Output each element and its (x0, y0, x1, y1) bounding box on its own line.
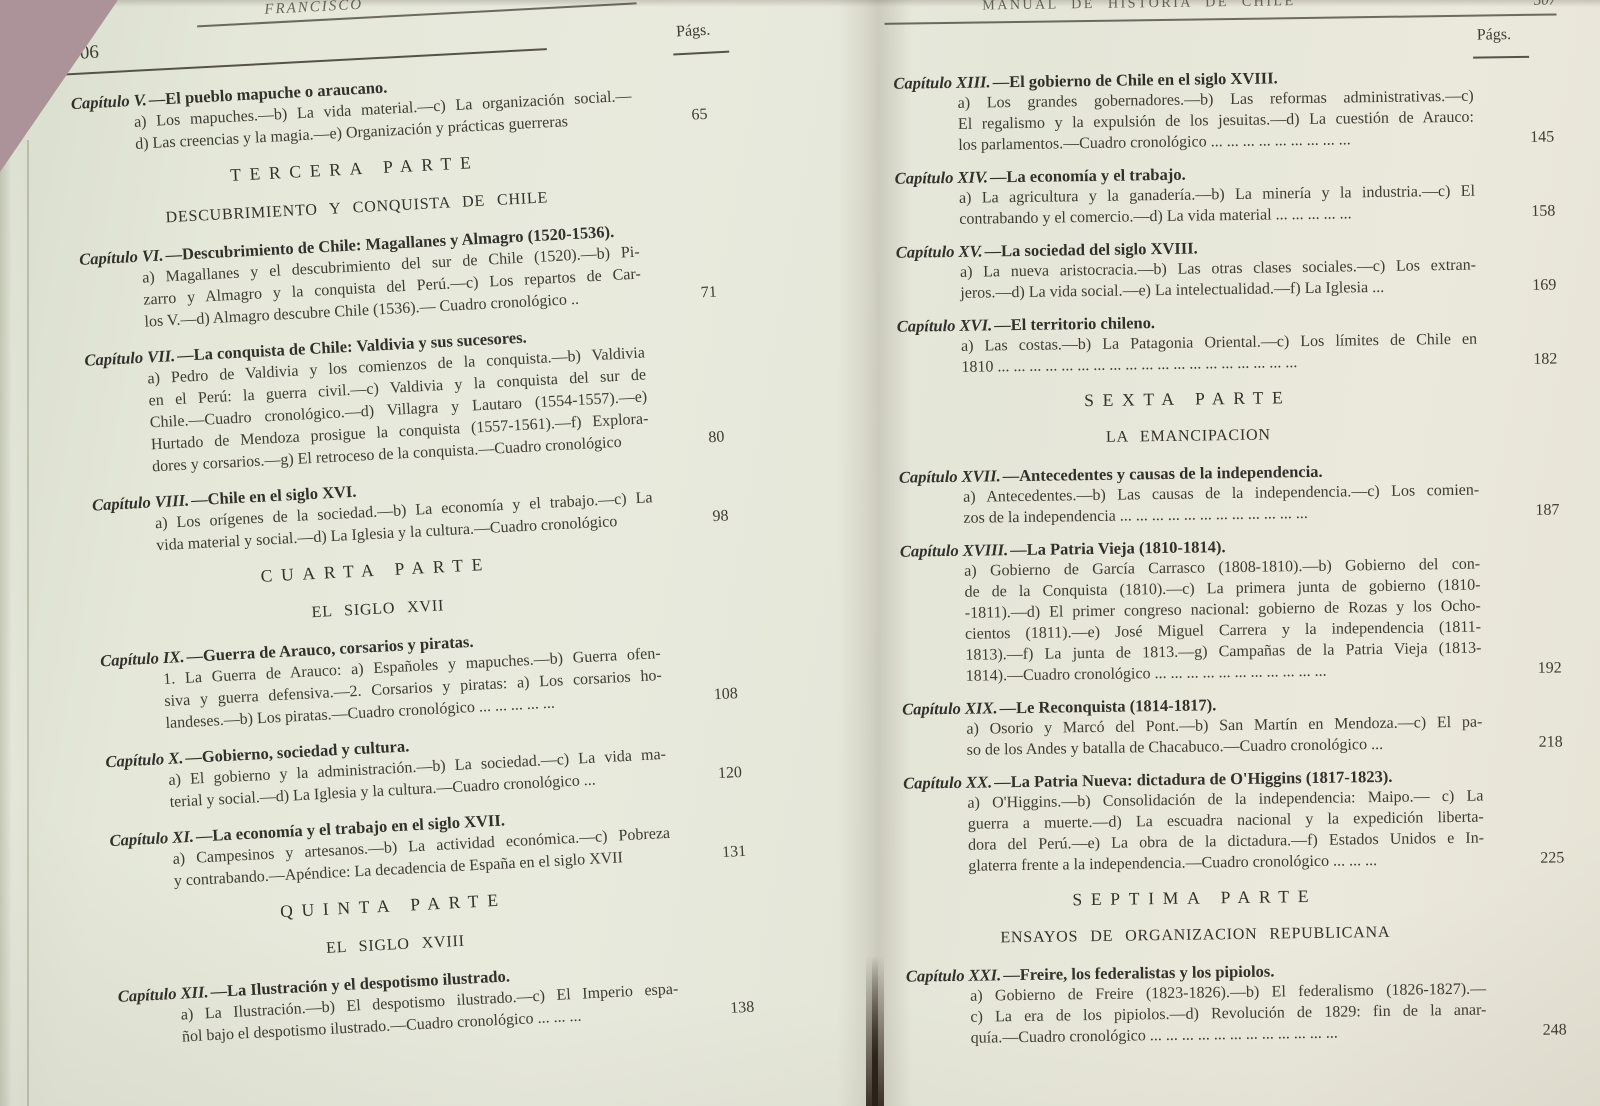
entry-text: Capítulo XVI.—El territorio chileno.a) L… (897, 308, 1478, 379)
part-heading: SEPTIMA PARTEENSAYOS DE ORGANIZACION REP… (905, 884, 1486, 950)
chapter-label: Capítulo XXI. (906, 965, 1004, 985)
page-left-crease (27, 140, 29, 1106)
page-number: 218 (1483, 731, 1563, 753)
folio-left: 506 (70, 42, 100, 65)
entry-text: Capítulo XV.—La sociedad del siglo XVIII… (896, 234, 1477, 305)
chapter-title: —El gobierno de Chile en el siglo XVIII. (992, 68, 1277, 91)
entry-text: Capítulo X.—Gobierno, sociedad y cultura… (105, 722, 668, 817)
left-page: FRANCISCO 506 Págs. Capítulo V.—El puebl… (27, 0, 793, 1106)
part-subtitle: LA EMANCIPACION (898, 423, 1478, 451)
entry-text: Capítulo XI.—La economía y el trabajo en… (109, 801, 672, 896)
running-head-rule-left (197, 2, 637, 27)
toc-list-left: Capítulo V.—El pueblo mapuche o araucano… (70, 60, 755, 1065)
page-number: 98 (653, 505, 729, 531)
pags-rule-left (673, 51, 729, 55)
part-name: SEPTIMA PARTE (905, 884, 1485, 912)
page-number: 120 (666, 762, 742, 788)
chapter-title: —Le Reconquista (1814-1817). (999, 695, 1216, 717)
toc-list-right: Capítulo XIII.—El gobierno de Chile en e… (893, 64, 1567, 1061)
part-heading: CUARTA PARTEEL SIGLO XVII (96, 545, 658, 634)
page-number: 248 (1487, 1019, 1567, 1041)
toc-entry: Capítulo XIV.—La economía y el trabajo.a… (895, 159, 1556, 231)
toc-entry: Capítulo XVIII.—La Patria Vieja (1810-18… (900, 531, 1562, 687)
entry-text: Capítulo XXI.—Freire, los federalistas y… (906, 958, 1487, 1050)
chapter-label: Capítulo XX. (903, 772, 994, 792)
toc-entry: Capítulo XXI.—Freire, los federalistas y… (906, 956, 1567, 1049)
part-heading: SEXTA PARTELA EMANCIPACION (898, 385, 1479, 451)
toc-entry: Capítulo XVII.—Antecedentes y causas de … (899, 457, 1560, 529)
page-gutter-shadow (838, 0, 912, 1106)
entry-text: Capítulo XIII.—El gobierno de Chile en e… (893, 65, 1474, 157)
chapter-label: Capítulo XVII. (899, 466, 1003, 486)
chapter-title: —El territorio chileno. (994, 313, 1155, 334)
entry-text: Capítulo XX.—La Patria Nueva: dictadura … (903, 765, 1484, 878)
folio-right: 507 (1534, 0, 1557, 10)
toc-entry: Capítulo XV.—La sociedad del siglo XVIII… (896, 233, 1557, 305)
toc-entry: Capítulo XX.—La Patria Nueva: dictadura … (903, 763, 1564, 877)
entry-text: Capítulo V.—El pueblo mapuche o araucano… (70, 64, 633, 159)
entry-text: Capítulo VII.—La conquista de Chile: Val… (84, 320, 650, 481)
chapter-title: —La Patria Vieja (1810-1814). (1010, 537, 1226, 559)
book-photo: FRANCISCO 506 Págs. Capítulo V.—El puebl… (0, 0, 1600, 1106)
part-heading: TERCERA PARTEDESCUBRIMIENTO Y CONQUISTA … (75, 144, 637, 233)
chapter-title: —La sociedad del siglo XVIII. (984, 239, 1197, 261)
chapter-label: Capítulo VIII. (92, 490, 192, 514)
page-number: 182 (1477, 348, 1557, 370)
entry-text: Capítulo IX.—Guerra de Arauco, corsarios… (100, 621, 664, 738)
chapter-title: —La economía y el trabajo. (990, 165, 1186, 187)
running-head-right: MANUAL DE HISTORIA DE CHILE (982, 0, 1295, 14)
entry-text: Capítulo XIX.—Le Reconquista (1814-1817)… (902, 691, 1483, 762)
toc-entry: Capítulo XIX.—Le Reconquista (1814-1817)… (902, 689, 1563, 761)
toc-entry: Capítulo XVI.—El territorio chileno.a) L… (897, 306, 1558, 378)
entry-text: Capítulo XII.—La Ilustración y el despot… (117, 957, 680, 1052)
page-number: 108 (662, 683, 738, 709)
page-number: 80 (649, 426, 725, 452)
pags-label-left: Págs. (676, 22, 711, 42)
toc-entry: Capítulo IX.—Guerra de Arauco, corsarios… (100, 617, 739, 738)
gutter-crease (866, 956, 884, 1106)
part-name: SEXTA PARTE (898, 385, 1478, 413)
pags-rule-right (1473, 56, 1529, 58)
chapter-label: Capítulo XII. (117, 982, 211, 1006)
toc-entry: Capítulo VII.—La conquista de Chile: Val… (84, 317, 725, 482)
entry-text: Capítulo VIII.—Chile en el siglo XVI.a) … (92, 465, 655, 560)
chapter-label: Capítulo XI. (109, 827, 196, 850)
page-number: 187 (1479, 499, 1559, 521)
page-number: 71 (641, 282, 717, 308)
running-head-left: FRANCISCO (264, 0, 364, 19)
chapter-label: Capítulo VI. (79, 245, 166, 268)
toc-entry: Capítulo XIII.—El gobierno de Chile en e… (893, 64, 1554, 157)
running-head-rule-right (885, 13, 1557, 24)
entry-text: Capítulo VI.—Descubrimiento de Chile: Ma… (79, 220, 643, 337)
right-page: MANUAL DE HISTORIA DE CHILE 507 Págs. Ca… (872, 5, 1599, 1101)
page-number: 131 (671, 841, 747, 867)
chapter-label: Capítulo V. (71, 90, 150, 113)
part-heading: QUINTA PARTEEL SIGLO XVIII (113, 881, 675, 970)
page-number: 192 (1481, 657, 1561, 679)
chapter-title: —Freire, los federalistas y los pipiolos… (1003, 962, 1274, 985)
page-number: 169 (1476, 275, 1556, 297)
chapter-label: Capítulo XVIII. (900, 540, 1010, 561)
page-number: 158 (1475, 201, 1555, 223)
entry-text: Capítulo XIV.—La economía y el trabajo.a… (895, 160, 1476, 231)
chapter-label: Capítulo X. (105, 748, 186, 771)
book-pages: FRANCISCO 506 Págs. Capítulo V.—El puebl… (0, 0, 1600, 1106)
page-number: 145 (1474, 127, 1554, 149)
toc-entry: Capítulo VI.—Descubrimiento de Chile: Ma… (79, 216, 718, 337)
page-number: 138 (679, 997, 755, 1023)
chapter-label: Capítulo VII. (84, 346, 178, 370)
pags-label-right: Págs. (1477, 26, 1511, 44)
entry-text: Capítulo XVII.—Antecedentes y causas de … (899, 459, 1480, 530)
page-left-edge (0, 150, 30, 1106)
toc-entry: Capítulo XII.—La Ilustración y el despot… (117, 953, 755, 1052)
part-subtitle: ENSAYOS DE ORGANIZACION REPUBLICANA (905, 922, 1485, 950)
page-number: 225 (1484, 847, 1564, 869)
entry-text: Capítulo XVIII.—La Patria Vieja (1810-18… (900, 533, 1482, 688)
chapter-label: Capítulo IX. (100, 647, 187, 670)
chapter-label: Capítulo XIX. (902, 698, 1000, 718)
page-number: 65 (632, 104, 708, 130)
